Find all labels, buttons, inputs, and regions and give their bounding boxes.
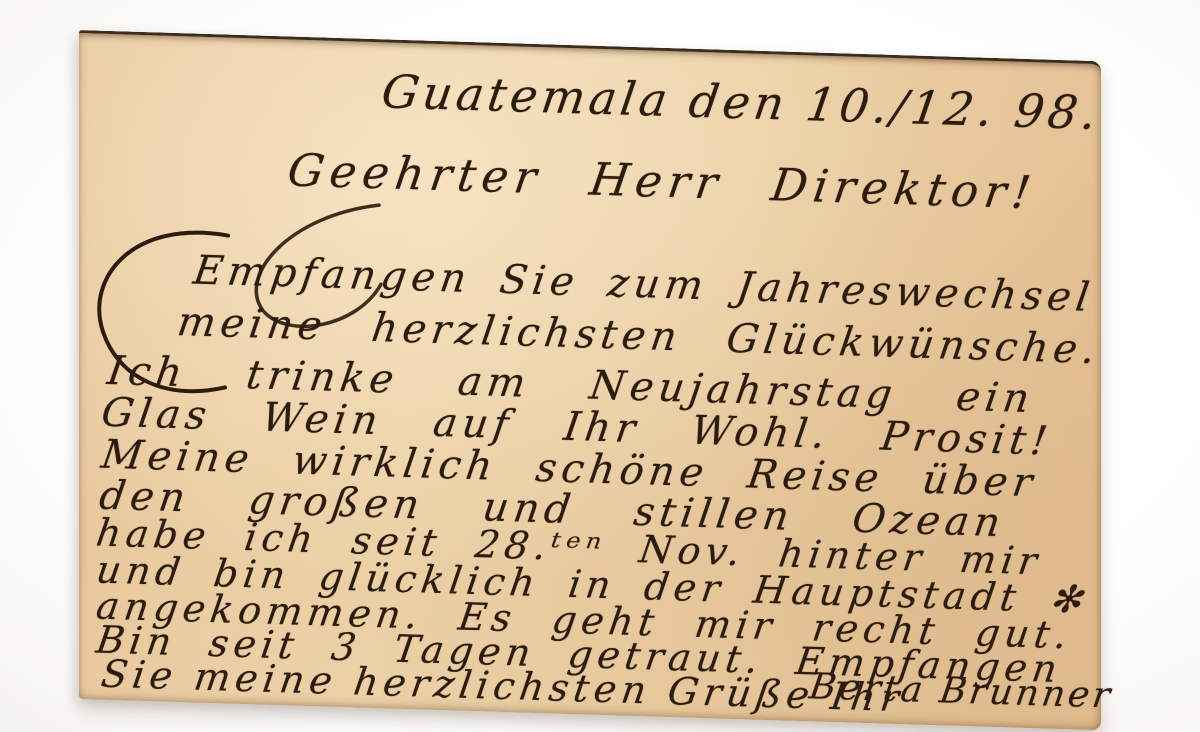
photo-background: Guatemala den 10./12. 98. Geehrter Herr … [0,0,1200,732]
letter-dateline: Guatemala den 10./12. 98. [379,68,1091,135]
letter-signature: Berta Brunner [807,669,1074,713]
letter-salutation: Geehrter Herr Direktor! [285,147,1039,215]
postcard: Guatemala den 10./12. 98. Geehrter Herr … [79,30,1101,730]
